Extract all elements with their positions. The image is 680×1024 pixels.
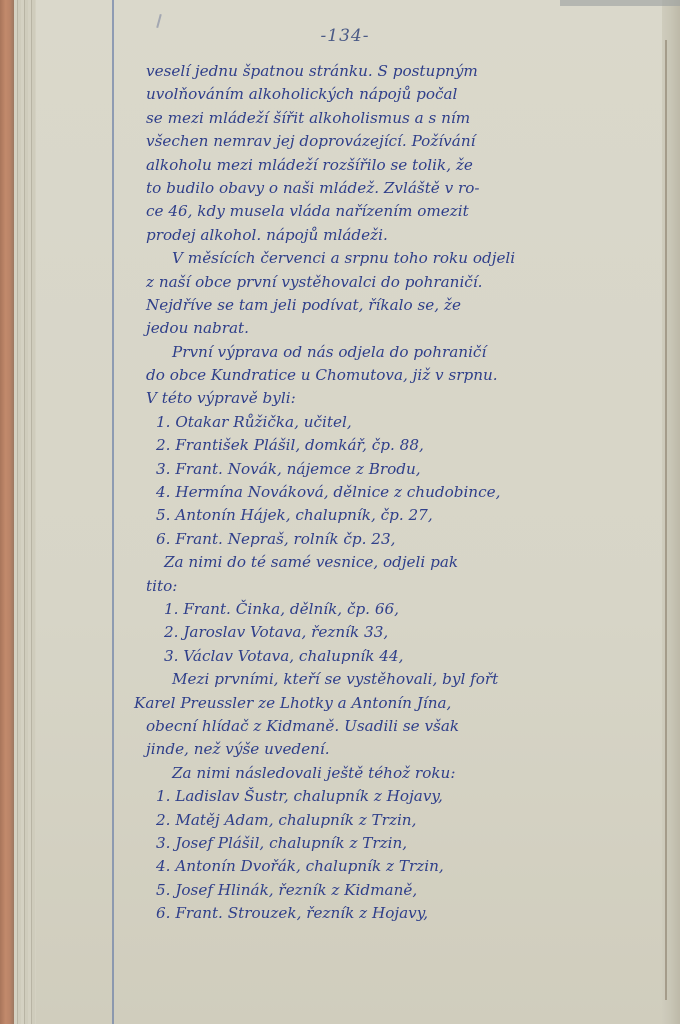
text-line: z naší obce první vystěhovalci do pohran… [146, 271, 658, 294]
list-item: 3. Václav Votava, chalupník 44, [146, 645, 658, 668]
list-item: 1. Ladislav Šustr, chalupník z Hojavy, [146, 785, 658, 808]
text-line: Nejdříve se tam jeli podívat, říkalo se,… [146, 294, 658, 317]
text-line: Za nimi do té samé vesnice, odjeli pak [146, 551, 658, 574]
text-line: do obce Kundratice u Chomutova, již v sr… [146, 364, 658, 387]
text-line: Mezi prvními, kteří se vystěhovali, byl … [146, 668, 658, 691]
list-item: 6. Frant. Strouzek, řezník z Hojavy, [146, 902, 658, 925]
text-line: jinde, než výše uvedení. [146, 738, 658, 761]
open-book: -134- veselí jednu špatnou stránku. S po… [0, 0, 680, 1024]
text-line: V měsících červenci a srpnu toho roku od… [146, 247, 658, 270]
list-item: 3. Frant. Novák, nájemce z Brodu, [146, 458, 658, 481]
list-item: 6. Frant. Nepraš, rolník čp. 23, [146, 528, 658, 551]
handwritten-text: veselí jednu špatnou stránku. S postupný… [146, 60, 658, 925]
list-item: 2. Jaroslav Votava, řezník 33, [146, 621, 658, 644]
page-stack-edges [14, 0, 36, 1024]
text-line: jedou nabrat. [146, 317, 658, 340]
list-item: 4. Hermína Nováková, dělnice z chudobinc… [146, 481, 658, 504]
text-line: uvolňováním alkoholických nápojů počal [146, 83, 658, 106]
text-line: tito: [146, 575, 658, 598]
page-number: -134- [300, 26, 390, 46]
list-item: 2. František Plášil, domkář, čp. 88, [146, 434, 658, 457]
list-item: 4. Antonín Dvořák, chalupník z Trzin, [146, 855, 658, 878]
text-line: Karel Preussler ze Lhotky a Antonín Jína… [134, 692, 658, 715]
list-item: 1. Otakar Růžička, učitel, [146, 411, 658, 434]
list-item: 5. Antonín Hájek, chalupník, čp. 27, [146, 504, 658, 527]
text-line: V této výpravě byli: [146, 387, 658, 410]
gutter-rule-line [665, 40, 667, 1000]
text-line: prodej alkohol. nápojů mládeži. [146, 224, 658, 247]
text-line: to budilo obavy o naši mládež. Zvláště v… [146, 177, 658, 200]
text-line: obecní hlídač z Kidmaně. Usadili se však [146, 715, 658, 738]
list-item: 5. Josef Hlinák, řezník z Kidmaně, [146, 879, 658, 902]
text-line: První výprava od nás odjela do pohraničí [146, 341, 658, 364]
text-line: se mezi mládeží šířit alkoholismus a s n… [146, 107, 658, 130]
text-line: alkoholu mezi mládeží rozšířilo se tolik… [146, 154, 658, 177]
list-item: 1. Frant. Činka, dělník, čp. 66, [146, 598, 658, 621]
text-line: všechen nemrav jej doprovázející. Požívá… [146, 130, 658, 153]
text-line: Za nimi následovali ještě téhož roku: [146, 762, 658, 785]
margin-rule-line [112, 0, 114, 1024]
list-item: 3. Josef Plášil, chalupník z Trzin, [146, 832, 658, 855]
top-shadow [560, 0, 680, 6]
text-line: ce 46, kdy musela vláda nařízením omezit [146, 200, 658, 223]
list-item: 2. Matěj Adam, chalupník z Trzin, [146, 809, 658, 832]
book-cover-edge [0, 0, 14, 1024]
text-line: veselí jednu špatnou stránku. S postupný… [146, 60, 658, 83]
